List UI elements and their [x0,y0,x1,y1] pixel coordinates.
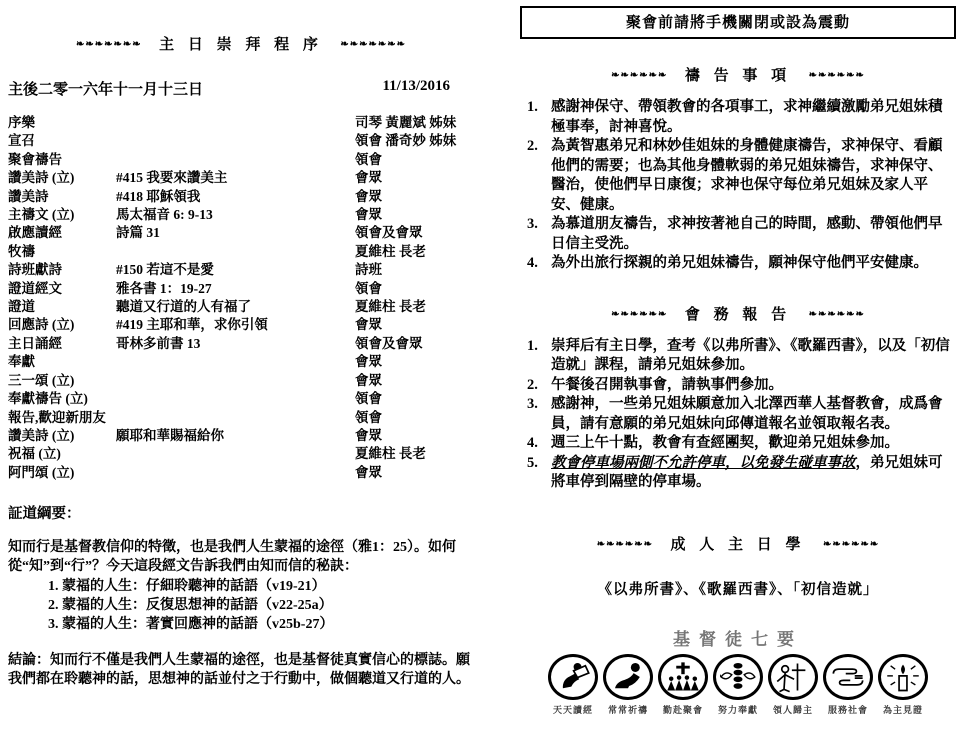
worship-order-column: ❧❧❧❧❧❧❧ 主 日 崇 拜 程 序 ❧❧❧❧❧❧❧ 主後二零一六年十一月十三… [8,0,474,689]
seven-essentials-icons: 天天讀經 常常祈禱 勤赴聚會 努力奉獻 [520,654,956,716]
sunday-school-courses: 《以弗所書》、《歌羅西書》、「初信造就」 [520,578,956,599]
program-detail [116,353,355,371]
program-item: 奉獻 [8,353,116,371]
report-item: 感謝神，一些弟兄姐妹願意加入北澤西華人基督教會，成爲會員，請有意願的弟兄姐妹向邱… [520,395,956,434]
icon-label: 服務社會 [828,703,868,716]
icon-label: 勤赴聚會 [663,703,703,716]
program-item: 祝福 (立) [8,445,116,463]
sermon-outline-heading: 証道綱要： [8,502,474,523]
program-detail [116,151,355,169]
ornament-right: ❧❧❧❧❧❧ [809,309,865,320]
essential-read-bible: 天天讀經 [548,654,598,716]
seven-essentials-graphic: 基督徒七要 天天讀經 常常祈禱 勤赴聚會 [520,625,956,716]
program-leader: 司琴 黃麗斌 姊妹 [355,114,474,132]
program-item: 讚美詩 [8,188,116,206]
serving-hands-icon [823,654,873,700]
outline-point: 蒙福的人生：仔細聆聽神的話語（v19-21） [48,577,474,596]
ornament-left: ❧❧❧❧❧❧ [597,539,653,550]
church-report-title: 會 務 報 告 [685,307,791,323]
program-item: 讚美詩 (立) [8,427,116,445]
program-item: 證道 [8,298,116,316]
program-row: 證道聽道又行道的人有福了夏維柱 長老 [8,298,474,316]
ornament-left: ❧❧❧❧❧❧ [611,70,667,81]
essential-offering: 努力奉獻 [713,654,763,716]
report-item: 崇拜后有主日學，查考《以弗所書》、《歌羅西書》，以及「初信造就」課程，請弟兄姐妹… [520,337,956,376]
ornament-right: ❧❧❧❧❧❧ [823,539,879,550]
program-detail [116,243,355,261]
program-item: 序樂 [8,114,116,132]
outline-point: 蒙福的人生：反復思想神的話語（v22-25a） [48,596,474,615]
praying-icon [603,654,653,700]
program-row: 奉獻禱告 (立)領會 [8,390,474,408]
program-leader: 領會 [355,409,474,427]
program-item: 宣召 [8,132,116,150]
program-row: 三一頌 (立)會眾 [8,372,474,390]
icon-label: 為主見證 [883,703,923,716]
prayer-item: 為外出旅行探親的弟兄姐妹禱告，願神保守他們平安健康。 [520,254,956,274]
evangelism-cross-icon [768,654,818,700]
report-item: 週三上午十點，教會有查經團契，歡迎弟兄姐妹參加。 [520,434,956,454]
program-row: 序樂司琴 黃麗斌 姊妹 [8,114,474,132]
icon-label: 領人歸主 [773,703,813,716]
program-item: 主日誦經 [8,335,116,353]
program-row: 詩班獻詩#150 若這不是愛詩班 [8,261,474,279]
date-chinese: 主後二零一六年十一月十三日 [8,78,203,99]
parking-warning-emphasis: 教會停車場兩側不允許停車，以免發生碰車事故 [551,455,856,471]
program-leader: 夏維柱 長老 [355,445,474,463]
prayer-item: 為慕道朋友禱告，求神按著祂自己的時間，感動、帶領他們早日信主受洗。 [520,215,956,254]
report-item: 午餐後召開執事會，請執事們參加。 [520,376,956,396]
program-item: 阿門頌 (立) [8,464,116,482]
church-report-heading: ❧❧❧❧❧❧ 會 務 報 告 ❧❧❧❧❧❧ [520,303,956,324]
program-item: 奉獻禱告 (立) [8,390,116,408]
fish-coins-icon [713,654,763,700]
program-detail: #415 我要來讚美主 [116,169,355,187]
program-detail: 雅各書 1：19-27 [116,280,355,298]
program-item: 證道經文 [8,280,116,298]
program-row: 讚美詩#418 耶穌領我會眾 [8,188,474,206]
program-item: 回應詩 (立) [8,316,116,334]
church-report-list: 崇拜后有主日學，查考《以弗所書》、《歌羅西書》，以及「初信造就」課程，請弟兄姐妹… [520,337,956,493]
sermon-outline-intro: 知而行是基督教信仰的特徵，也是我們人生蒙福的途徑（雅1：25）。如何從“知”到“… [8,538,474,576]
program-detail: #418 耶穌領我 [116,188,355,206]
icon-label: 努力奉獻 [718,703,758,716]
ornament-left: ❧❧❧❧❧❧ [611,309,667,320]
program-detail [116,445,355,463]
essential-lead-to-lord: 領人歸主 [768,654,818,716]
program-detail: 聽道又行道的人有福了 [116,298,355,316]
sermon-outline-points: 蒙福的人生：仔細聆聽神的話語（v19-21） 蒙福的人生：反復思想神的話語（v2… [48,577,474,634]
icon-label: 天天讀經 [553,703,593,716]
program-leader: 會眾 [355,464,474,482]
program-row: 報告,歡迎新朋友領會 [8,409,474,427]
program-row: 宣召領會 潘奇妙 姊妹 [8,132,474,150]
program-leader: 夏維柱 長老 [355,243,474,261]
program-leader: 領會 [355,151,474,169]
program-item: 三一頌 (立) [8,372,116,390]
program-leader: 領會 [355,280,474,298]
program-detail [116,409,355,427]
page-title-text: 主 日 崇 拜 程 序 [159,37,323,53]
essential-witness: 為主見證 [878,654,928,716]
program-detail: 願耶和華賜福給你 [116,427,355,445]
candle-icon [878,654,928,700]
program-leader: 會眾 [355,353,474,371]
ornament-right: ❧❧❧❧❧❧ [809,70,865,81]
program-row: 主禱文 (立)馬太福音 6: 9-13會眾 [8,206,474,224]
essential-attend-meetings: 勤赴聚會 [658,654,708,716]
program-leader: 領會 潘奇妙 姊妹 [355,132,474,150]
program-row: 主日誦經哥林多前書 13領會及會眾 [8,335,474,353]
program-row: 回應詩 (立)#419 主耶和華，求你引領會眾 [8,316,474,334]
program-leader: 會眾 [355,206,474,224]
program-leader: 詩班 [355,261,474,279]
program-row: 讚美詩 (立)願耶和華賜福給你會眾 [8,427,474,445]
program-leader: 領會及會眾 [355,224,474,242]
program-row: 阿門頌 (立)會眾 [8,464,474,482]
program-detail [116,464,355,482]
program-leader: 會眾 [355,427,474,445]
congregation-cross-icon [658,654,708,700]
program-row: 啟應讀經詩篇 31領會及會眾 [8,224,474,242]
date-numeric: 11/13/2016 [382,78,450,99]
ornament-right: ❧❧❧❧❧❧❧ [340,39,406,50]
program-leader: 領會及會眾 [355,335,474,353]
announcements-column: 聚會前請將手機關閉或設為震動 ❧❧❧❧❧❧ 禱 告 事 項 ❧❧❧❧❧❧ 感謝神… [520,0,956,716]
program-leader: 夏維柱 長老 [355,298,474,316]
program-leader: 會眾 [355,169,474,187]
essential-pray: 常常祈禱 [603,654,653,716]
program-row: 奉獻會眾 [8,353,474,371]
program-detail [116,132,355,150]
program-leader: 會眾 [355,188,474,206]
program-detail [116,390,355,408]
program-item: 讚美詩 (立) [8,169,116,187]
program-row: 聚會禱告領會 [8,151,474,169]
program-item: 報告,歡迎新朋友 [8,409,116,427]
report-item-parking: 教會停車場兩側不允許停車，以免發生碰車事故，弟兄姐妹可將車停到隔壁的停車場。 [520,454,956,493]
outline-point: 蒙福的人生：著實回應神的話語（v25b-27） [48,615,474,634]
program-leader: 領會 [355,390,474,408]
sermon-conclusion: 結論：知而行不僅是我們人生蒙福的途徑，也是基督徒真實信心的標誌。願我們都在聆聽神… [8,651,474,689]
prayer-item: 感謝神保守、帶領教會的各項事工，求神繼續激勵弟兄姐妹積極事奉，討神喜悅。 [520,98,956,137]
church-bulletin-page: { "left": { "ornament": "❧❧❧❧❧❧❧", "titl… [0,0,962,745]
program-item: 主禱文 (立) [8,206,116,224]
page-title: ❧❧❧❧❧❧❧ 主 日 崇 拜 程 序 ❧❧❧❧❧❧❧ [8,33,474,54]
date-row: 主後二零一六年十一月十三日 11/13/2016 [8,78,474,99]
program-row: 讚美詩 (立)#415 我要來讚美主會眾 [8,169,474,187]
prayer-items-list: 感謝神保守、帶領教會的各項事工，求神繼續激勵弟兄姐妹積極事奉，討神喜悅。 為黃智… [520,98,956,274]
prayer-items-title: 禱 告 事 項 [685,68,791,84]
program-row: 牧禱夏維柱 長老 [8,243,474,261]
adult-sunday-school-title: 成 人 主 日 學 [670,537,805,553]
program-detail: #419 主耶和華，求你引領 [116,316,355,334]
worship-program-list: 序樂司琴 黃麗斌 姊妹 宣召領會 潘奇妙 姊妹 聚會禱告領會 讚美詩 (立)#4… [8,114,474,482]
adult-sunday-school-heading: ❧❧❧❧❧❧ 成 人 主 日 學 ❧❧❧❧❧❧ [520,533,956,554]
icon-label: 常常祈禱 [608,703,648,716]
program-detail [116,114,355,132]
prayer-items-heading: ❧❧❧❧❧❧ 禱 告 事 項 ❧❧❧❧❧❧ [520,64,956,85]
program-detail: 馬太福音 6: 9-13 [116,206,355,224]
program-item: 啟應讀經 [8,224,116,242]
essential-serve-society: 服務社會 [823,654,873,716]
program-detail: 哥林多前書 13 [116,335,355,353]
program-leader: 會眾 [355,316,474,334]
program-detail [116,372,355,390]
ornament-left: ❧❧❧❧❧❧❧ [76,39,142,50]
program-detail: 詩篇 31 [116,224,355,242]
program-row: 證道經文雅各書 1：19-27領會 [8,280,474,298]
program-item: 詩班獻詩 [8,261,116,279]
seven-essentials-title: 基督徒七要 [520,625,956,650]
program-item: 聚會禱告 [8,151,116,169]
program-detail: #150 若這不是愛 [116,261,355,279]
prayer-item: 為黃智惠弟兄和林妙佳姐妹的身體健康禱告，求神保守、看顧他們的需要；也為其他身體軟… [520,137,956,215]
bible-reading-icon [548,654,598,700]
program-item: 牧禱 [8,243,116,261]
cellphone-notice-box: 聚會前請將手機關閉或設為震動 [520,6,956,39]
program-row: 祝福 (立)夏維柱 長老 [8,445,474,463]
program-leader: 會眾 [355,372,474,390]
